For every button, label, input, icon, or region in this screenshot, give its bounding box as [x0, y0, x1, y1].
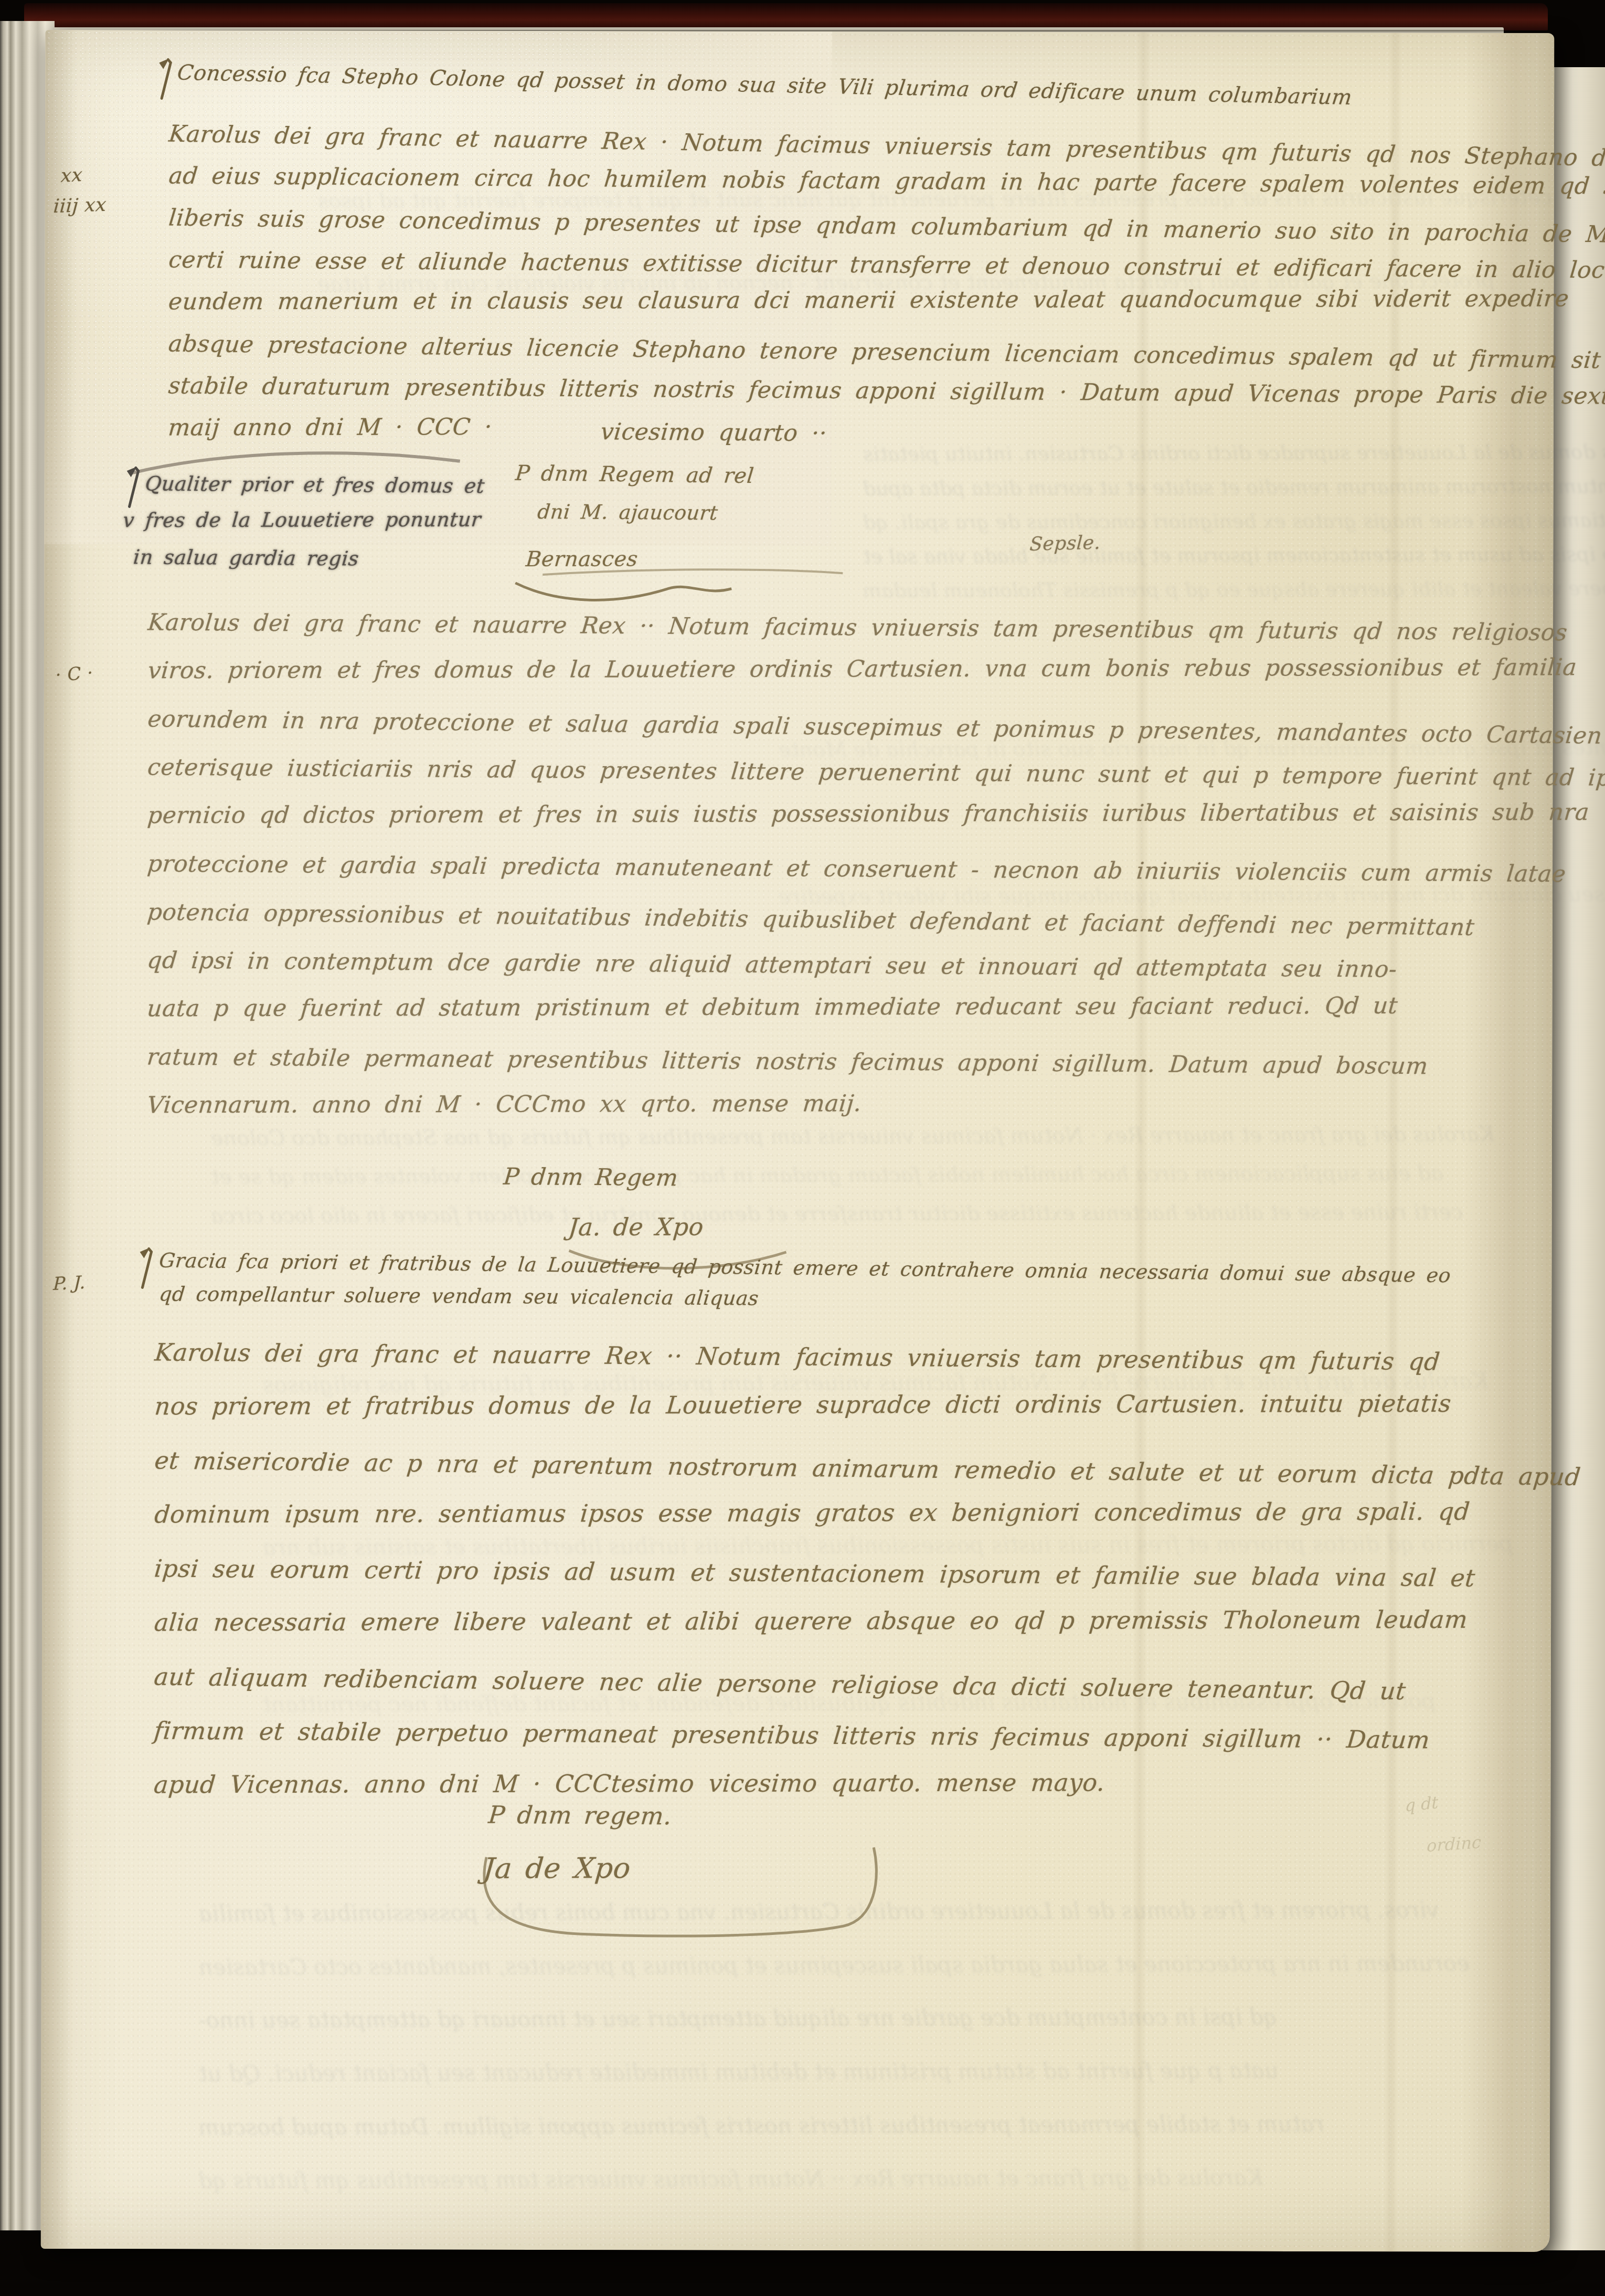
show-through-line: dominum ipsum nre. sentiamus ipsos esse … [863, 507, 1605, 534]
entry2-line: eorundem in nra proteccione et salua gar… [146, 705, 1603, 749]
entry2-line: ratum et stabile permaneat presentibus l… [146, 1043, 1429, 1080]
gloss-rubric-line: v fres de la Louuetiere ponuntur [122, 508, 482, 532]
signature-flourish [511, 567, 847, 618]
entry2-line: qd ipsi in contemptum dce gardie nre ali… [146, 947, 1398, 982]
show-through-line: ad eius supplicacionem circa hoc humilem… [211, 1161, 1443, 1189]
entry1-line: absque prestacione alterius licencie Ste… [167, 331, 1605, 375]
entry3-line: et misericordie ac p nra et parentum nos… [153, 1446, 1582, 1491]
entry3-line: firmum et stabile perpetuo permaneat pre… [153, 1716, 1431, 1754]
entry2-line: ceterisque iusticiariis nris ad quos pre… [146, 754, 1605, 791]
entry2-line: proteccione et gardia spali predicta man… [146, 850, 1567, 887]
faint-margin-note: ordinc [1427, 1832, 1481, 1856]
show-through-line: eorundem in nra proteccione et salua gar… [199, 1950, 1470, 1980]
margin-pj-mark: P. J. [53, 1272, 86, 1295]
show-through-line: et misericordie ac p nra et parentum nos… [863, 473, 1605, 500]
entry3-line: ipsi seu eorum certi pro ipsis ad usum e… [153, 1554, 1476, 1592]
pilcrow-mark-icon [137, 1245, 153, 1289]
pilcrow-mark-icon [124, 464, 140, 509]
margin-note-foliation: xx [60, 164, 83, 187]
signature-flourish [471, 1836, 932, 1948]
entry3-rubric-heading: Gracia fca priori et fratribus de la Lou… [158, 1248, 1452, 1287]
entry2-signature: Ja. de Xpo [567, 1212, 705, 1241]
pilcrow-mark-icon [156, 56, 172, 100]
entry1-date-line: maij anno dni M · CCC · [167, 414, 493, 441]
entry2-line: uata p que fuerint ad statum pristinum e… [146, 992, 1399, 1022]
entry3-line: alia necessaria emere libere valeant et … [153, 1605, 1469, 1637]
entry3-rubric-heading: qd compellantur soluere vendam seu vical… [158, 1282, 760, 1309]
show-through-line: nos priorem et fratribus domus de la Lou… [863, 439, 1605, 465]
show-through-line: qd ipsi in contemptum dce gardie nre ali… [198, 2004, 1277, 2033]
show-through-line: alia necessaria emere libere valeant et … [863, 576, 1605, 602]
entry1-line: stabile duraturum presentibus litteris n… [167, 373, 1605, 410]
entry3-line: Karolus dei gra franc et nauarre Rex ·· … [154, 1338, 1442, 1376]
margin-note-foliation: iiij xx [52, 194, 107, 217]
entry3-warrant: P dnm regem. [487, 1801, 673, 1831]
entry2-line: Karolus dei gra franc et nauarre Rex ·· … [147, 609, 1569, 646]
gloss-rubric-line: Qualiter prior et fres domus et [144, 472, 486, 498]
entry2-line: Vicennarum. anno dni M · CCCmo xx qrto. … [146, 1090, 863, 1118]
show-through-line: ratum et stabile permaneat presentibus l… [198, 2111, 1324, 2140]
entry1-line: eundem manerium et in clausis seu clausu… [167, 285, 1570, 315]
entry2-warrant: P dnm Regem [502, 1163, 679, 1191]
gloss-note-right: Sepsle. [1029, 532, 1101, 555]
show-through-line: Karolus dei gra franc et nauarre Rex · N… [211, 1122, 1495, 1150]
entry1-date-continuation: vicesimo quarto ·· [599, 418, 828, 447]
entry3-line: nos priorem et fratribus domus de la Lou… [154, 1389, 1453, 1421]
manuscript-photo: ceterisque iusticiariis nris ad quos pre… [0, 0, 1605, 2296]
page-left-shading [41, 30, 77, 2249]
entry3-line: dominum ipsum nre. sentiamus ipsos esse … [153, 1497, 1471, 1529]
entry3-line: aut aliquam redibenciam soluere nec alie… [153, 1662, 1407, 1705]
show-through-line: Karolus dei gra franc et nauarre Rex ·· … [198, 2165, 1263, 2194]
entry2-line: potencia oppressionibus et nouitatibus i… [146, 898, 1475, 941]
parchment-page: ceterisque iusticiariis nris ad quos pre… [41, 30, 1555, 2252]
entry1-line: liberis suis grose concedimus p presente… [167, 205, 1605, 249]
margin-c-mark: · C · [55, 662, 94, 686]
faint-margin-note: q dt [1405, 1792, 1438, 1816]
book-binding-edge [24, 3, 1548, 30]
show-through-line: ipsi seu eorum certi pro ipsis ad usum e… [863, 542, 1605, 568]
gloss-warrant-line: dni M. ajaucourt [536, 500, 719, 524]
gloss-rubric-line: in salua gardia regis [132, 545, 360, 570]
entry1-line: ad eius supplicacionem circa hoc humilem… [167, 163, 1605, 200]
entry1-line: certi ruine esse et aliunde hactenus ext… [167, 247, 1605, 284]
entry3-line: apud Vicennas. anno dni M · CCCtesimo vi… [153, 1768, 1106, 1798]
show-through-line: uata p que fuerint ad statum pristinum e… [198, 2058, 1279, 2087]
show-through-line: certi ruine esse et aliunde hactenus ext… [211, 1200, 1463, 1228]
entry1-rubric-heading: Concessio fca Stepho Colone qd posset in… [176, 61, 1353, 110]
entry2-line: pernicio qd dictos priorem et fres in su… [146, 799, 1590, 829]
entry2-line: viros. priorem et fres domus de la Louue… [147, 654, 1578, 684]
gloss-warrant-line: P dnm Regem ad rel [514, 461, 755, 488]
